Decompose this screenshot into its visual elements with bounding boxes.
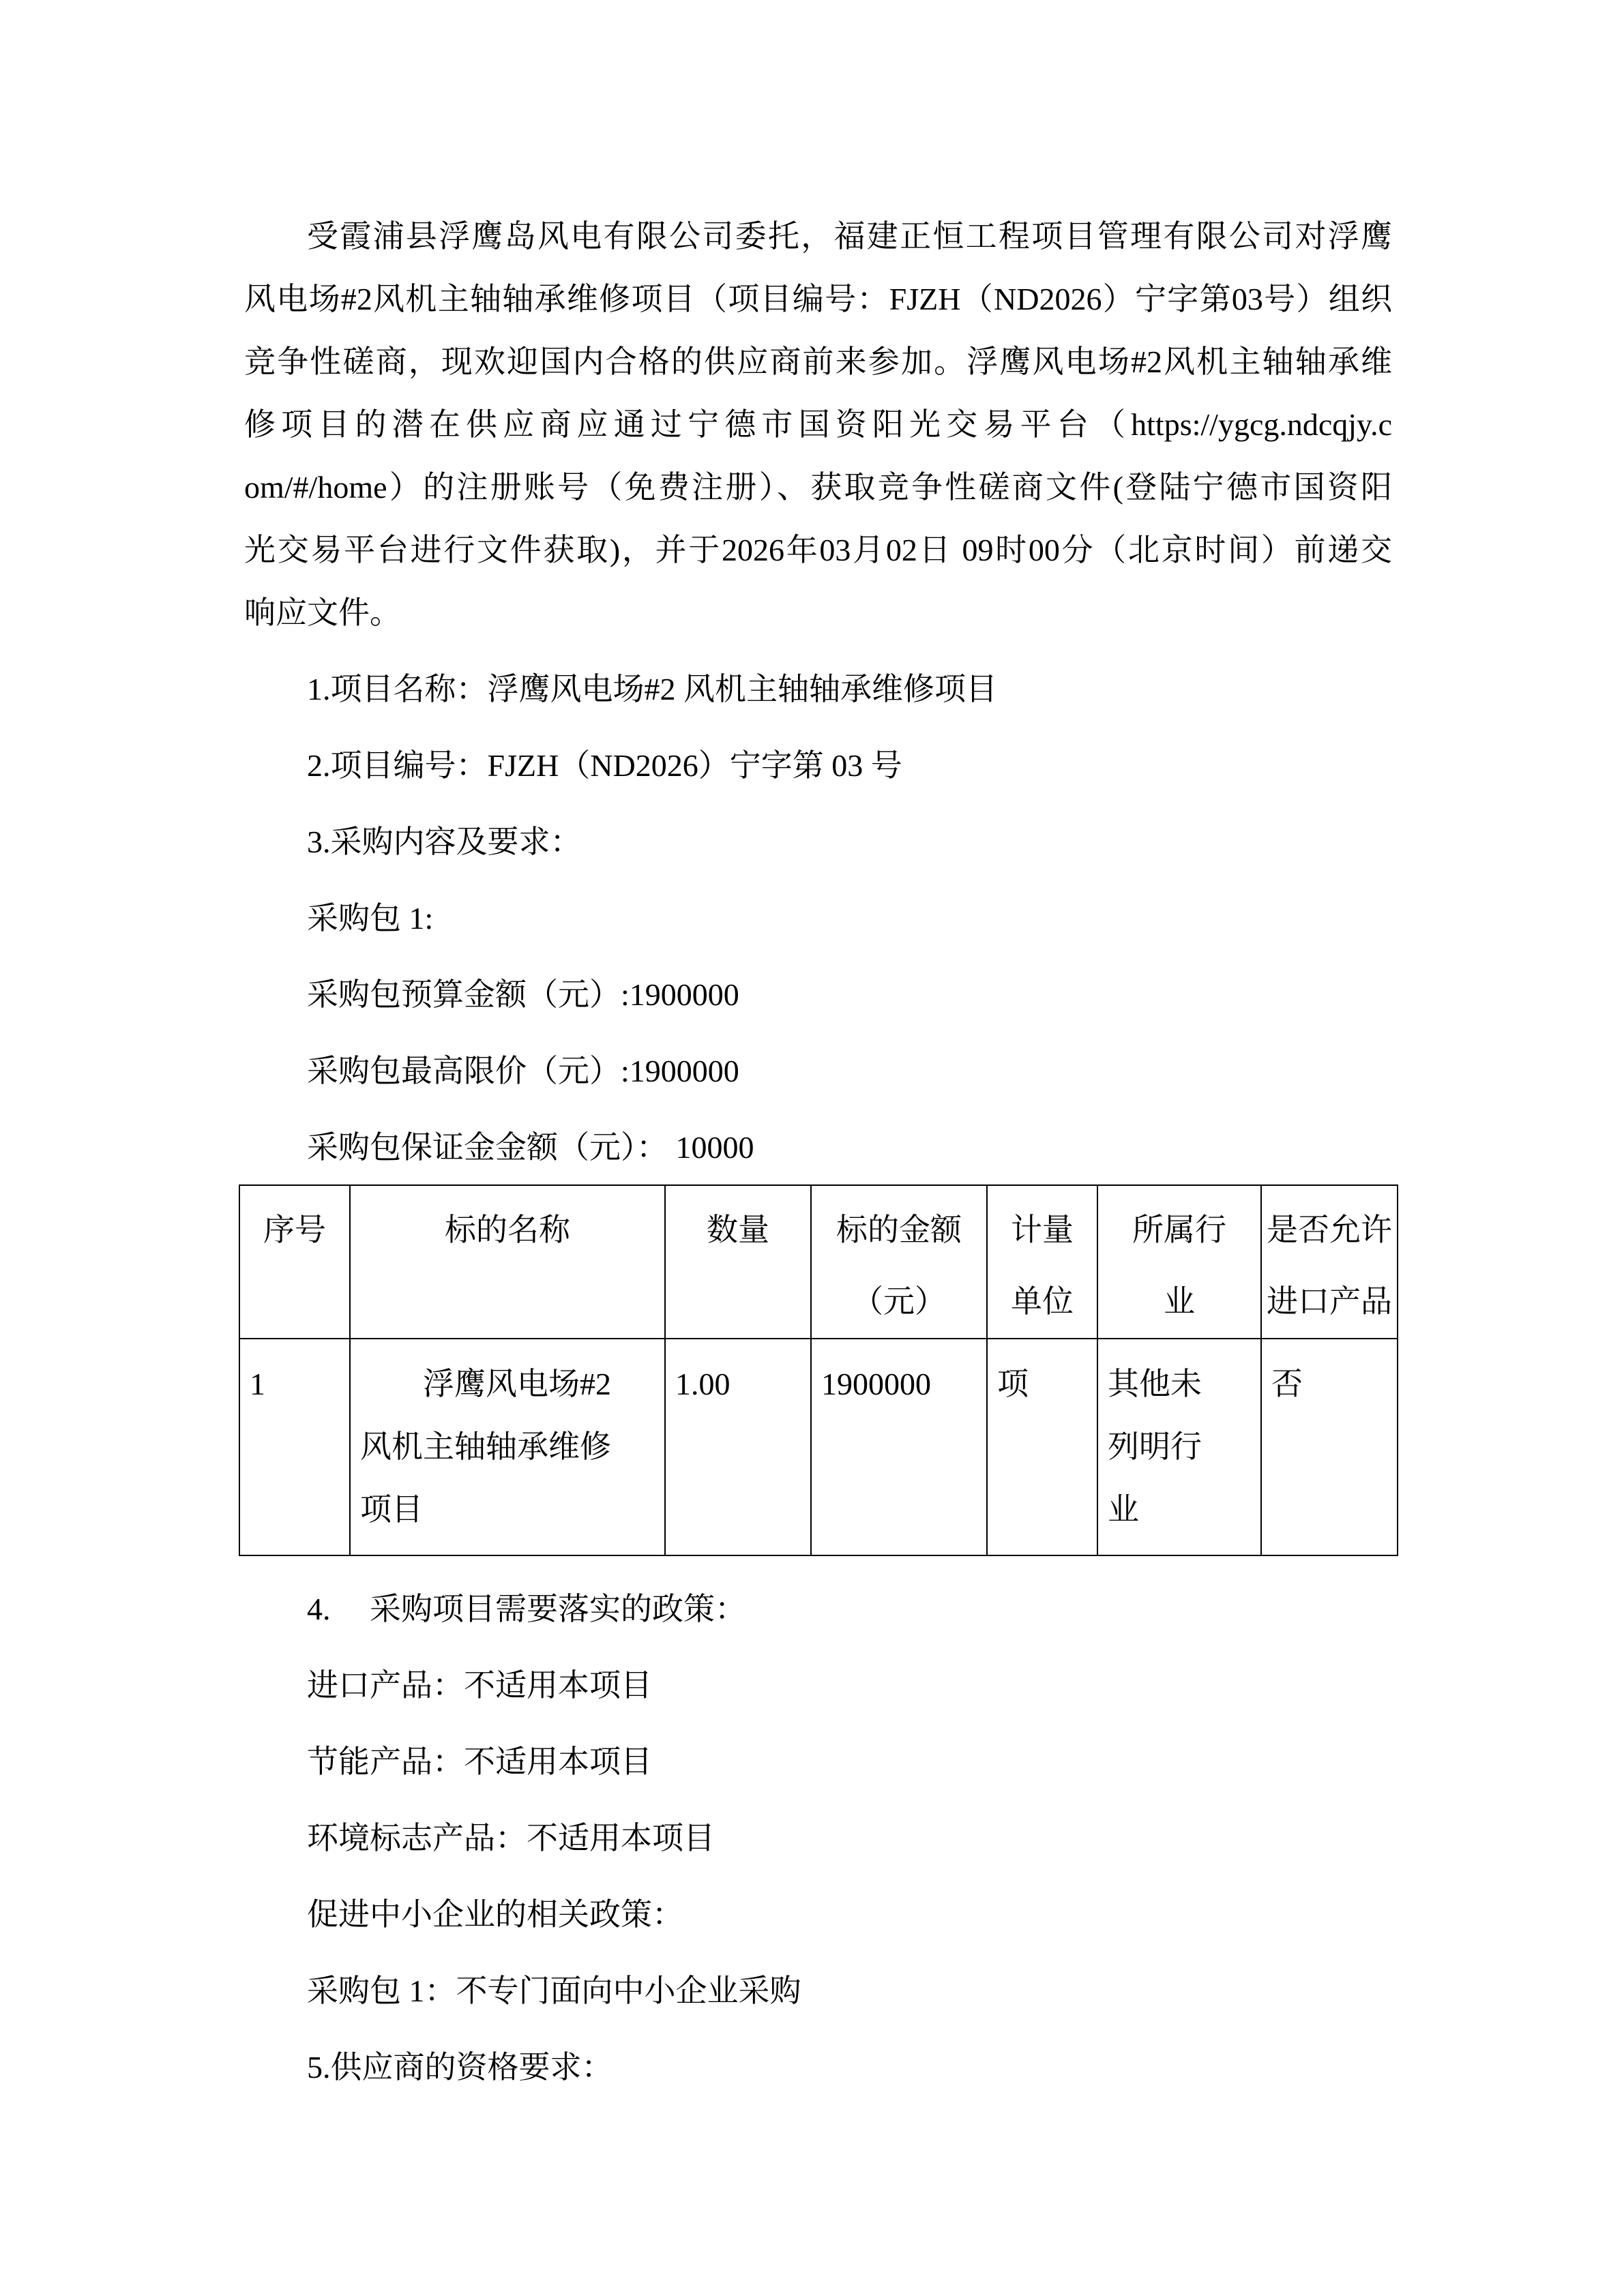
intro-line-2: 风电场#2风机主轴轴承维修项目（项目编号：FJZH（ND2026）宁字第03号）… <box>244 268 1392 331</box>
line-package-max-price: 采购包最高限价（元）:1900000 <box>244 1040 1392 1103</box>
intro-line-7: 响应文件。 <box>244 582 1392 644</box>
intro-line-4: 修项目的潜在供应商应通过宁德市国资阳光交易平台（https://ygcg.ndc… <box>244 393 1392 456</box>
header-subject-amount: 标的金额 （元） <box>811 1185 987 1339</box>
header-subject-name: 标的名称 <box>350 1185 665 1339</box>
item-sme-policy: 促进中小企业的相关政策： <box>244 1883 1392 1946</box>
cell-quantity: 1.00 <box>665 1339 811 1555</box>
item-package-sme: 采购包 1：不专门面向中小企业采购 <box>244 1960 1392 2023</box>
table-row: 1 浮鹰风电场#2 风机主轴轴承维修 项目 1.00 1900000 项 其他未… <box>239 1339 1398 1555</box>
cell-industry: 其他未 列明行 业 <box>1097 1339 1261 1555</box>
intro-paragraph: 受霞浦县浮鹰岛风电有限公司委托，福建正恒工程项目管理有限公司对浮鹰 风电场#2风… <box>244 205 1392 644</box>
item-energy-saving-products: 节能产品：不适用本项目 <box>244 1731 1392 1793</box>
line-package-budget: 采购包预算金额（元）:1900000 <box>244 964 1392 1026</box>
cell-seq-no: 1 <box>239 1339 350 1555</box>
item-env-label-products: 环境标志产品：不适用本项目 <box>244 1807 1392 1870</box>
table-header-row: 序号 标的名称 数量 标的金额 （元） 计量 单位 所属行 业 是否允许 进口产… <box>239 1185 1398 1339</box>
item-project-number: 2.项目编号：FJZH（ND2026）宁字第 03 号 <box>244 734 1392 797</box>
intro-line-5: om/#/home）的注册账号（免费注册）、获取竞争性磋商文件(登陆宁德市国资阳 <box>244 456 1392 519</box>
document-page: 受霞浦县浮鹰岛风电有限公司委托，福建正恒工程项目管理有限公司对浮鹰 风电场#2风… <box>0 0 1624 2296</box>
line-package-title: 采购包 1: <box>244 887 1392 950</box>
intro-line-3: 竞争性磋商，现欢迎国内合格的供应商前来参加。浮鹰风电场#2风机主轴轴承维 <box>244 331 1392 393</box>
header-quantity: 数量 <box>665 1185 811 1339</box>
procurement-table: 序号 标的名称 数量 标的金额 （元） 计量 单位 所属行 业 是否允许 进口产… <box>239 1184 1398 1556</box>
line-package-deposit: 采购包保证金金额（元）： 10000 <box>244 1116 1392 1179</box>
item-supplier-qualification: 5.供应商的资格要求： <box>244 2036 1392 2099</box>
header-industry: 所属行 业 <box>1097 1185 1261 1339</box>
cell-import-allowed: 否 <box>1261 1339 1398 1555</box>
item-procurement-content: 3.采购内容及要求： <box>244 811 1392 874</box>
cell-unit: 项 <box>987 1339 1097 1555</box>
intro-line-1: 受霞浦县浮鹰岛风电有限公司委托，福建正恒工程项目管理有限公司对浮鹰 <box>244 205 1392 268</box>
intro-line-6: 光交易平台进行文件获取)，并于2026年03月02日 09时00分（北京时间）前… <box>244 519 1392 582</box>
document-content: 受霞浦县浮鹰岛风电有限公司委托，福建正恒工程项目管理有限公司对浮鹰 风电场#2风… <box>244 0 1392 2099</box>
header-seq-no: 序号 <box>239 1185 350 1339</box>
cell-subject-amount: 1900000 <box>811 1339 987 1555</box>
item-project-name: 1.项目名称：浮鹰风电场#2 风机主轴轴承维修项目 <box>244 658 1392 721</box>
header-import-allowed: 是否允许 进口产品 <box>1261 1185 1398 1339</box>
item-import-products: 进口产品：不适用本项目 <box>244 1654 1392 1717</box>
cell-subject-name: 浮鹰风电场#2 风机主轴轴承维修 项目 <box>350 1339 665 1555</box>
header-unit: 计量 单位 <box>987 1185 1097 1339</box>
item-policy-heading: 4. 采购项目需要落实的政策： <box>244 1578 1392 1641</box>
